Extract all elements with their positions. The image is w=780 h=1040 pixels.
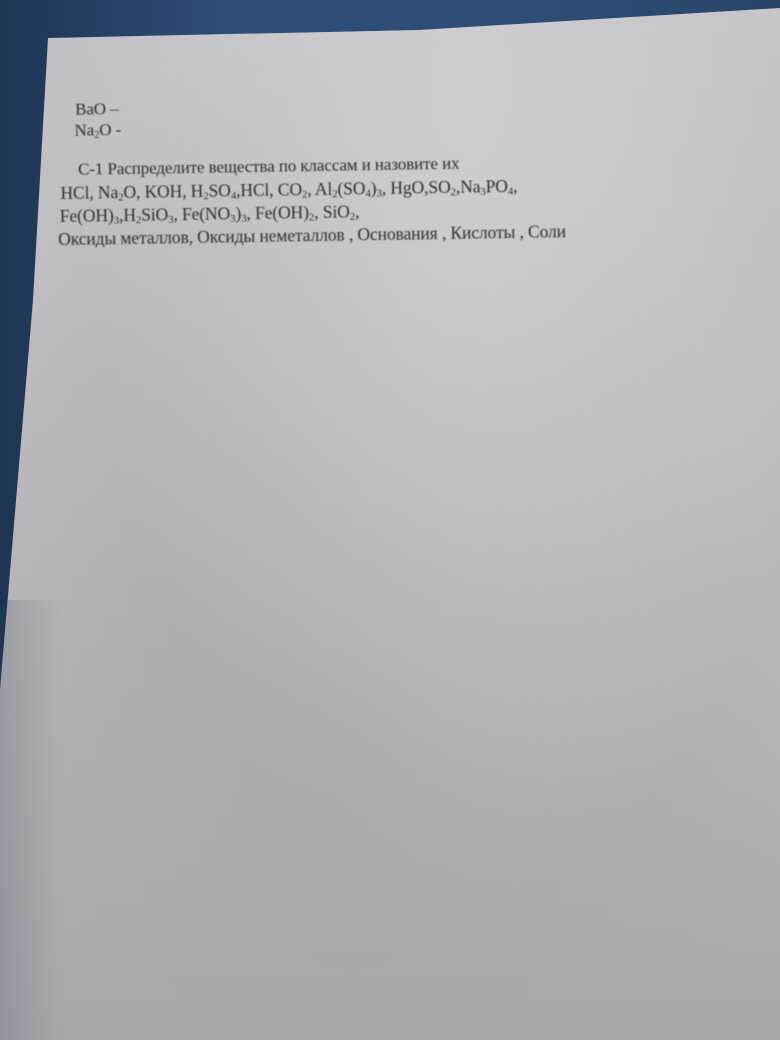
formula-element: O -: [99, 120, 121, 139]
chemical-formula: Na3PO4: [460, 176, 513, 197]
chemical-formula: H2SO4: [191, 180, 237, 201]
formula-element: Na: [74, 120, 94, 139]
chemical-formula: HCl: [240, 180, 269, 200]
substances-row-2: Fe(OH)3,H2SiO3, Fe(NO3)3, Fe(OH)2, SiO2,: [60, 201, 360, 227]
task-heading: С-1 Распределите вещества по классам и н…: [78, 154, 460, 180]
chemical-formula: H2SiO3: [123, 204, 173, 225]
chemical-formula: Al2(SO4)3: [315, 178, 382, 199]
chemical-formula: Na2O: [98, 182, 136, 203]
chemical-formula: Fe(OH)2: [255, 202, 314, 223]
oxide-line-bao: BaO –: [75, 99, 119, 120]
chemical-formula: HgO: [390, 177, 424, 198]
substances-row-1: HCl, Na2O, KOH, H2SO4,HCl, CO2, Al2(SO4)…: [60, 176, 517, 204]
chemical-formula: SO2: [428, 177, 456, 197]
oxide-line-na2o: Na2O -: [74, 120, 121, 141]
chemical-formula: HCl: [60, 183, 89, 203]
worksheet-text: BaO – Na2O - С-1 Распределите вещества п…: [0, 0, 780, 401]
chemical-formula: Fe(NO3)3: [182, 203, 247, 224]
chemical-formula: SiO2: [323, 201, 356, 222]
chemical-formula: CO2: [278, 179, 308, 199]
chemical-formula: Fe(OH)3: [60, 205, 119, 226]
chemical-formula: KOH: [144, 181, 182, 202]
paper-shadow: [0, 600, 60, 1040]
